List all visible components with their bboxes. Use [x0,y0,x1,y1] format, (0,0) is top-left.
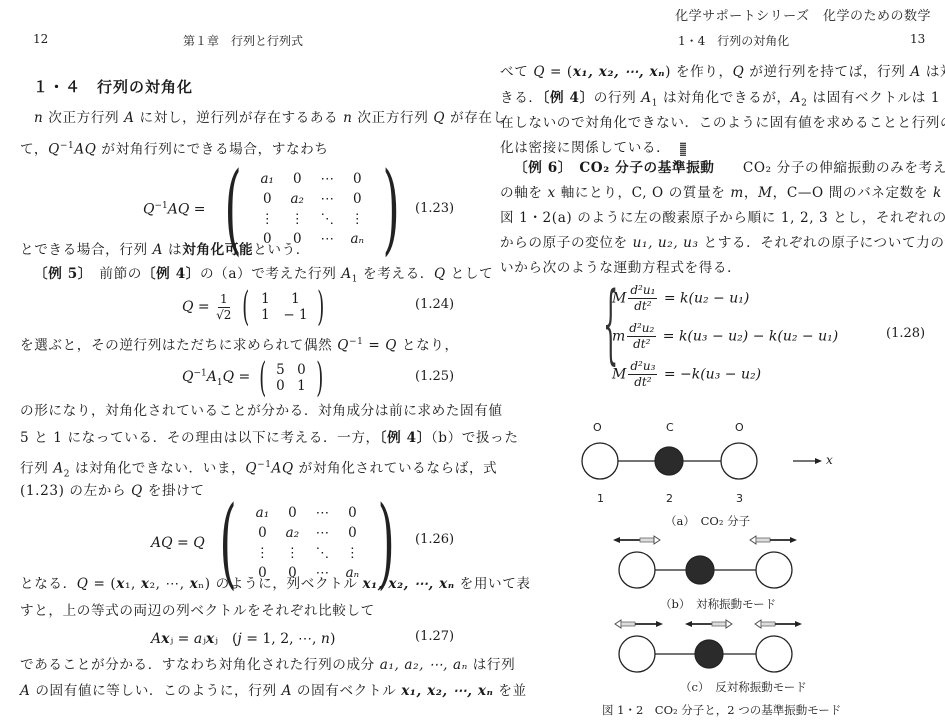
carbon-atom [655,447,683,475]
oxygen-atom [582,443,618,479]
axis-label-x: x [826,453,833,467]
caption-a: （a） CO₂ 分子 [665,513,750,529]
molecule-b [613,536,797,588]
caption-b: （b） 対称振動モード [660,596,776,612]
caption-c: （c） 反対称振動モード [680,679,807,695]
atom-number-1: 1 [597,492,604,505]
molecule-c [615,620,802,672]
oxygen-atom [721,443,757,479]
atom-number-2: 2 [666,492,673,505]
atom-number-3: 3 [736,492,743,505]
co2-diagram [0,0,945,728]
molecule-a [582,443,822,479]
figure-title: 図 1・2 CO₂ 分子と，2 つの基準振動モード [602,702,841,718]
